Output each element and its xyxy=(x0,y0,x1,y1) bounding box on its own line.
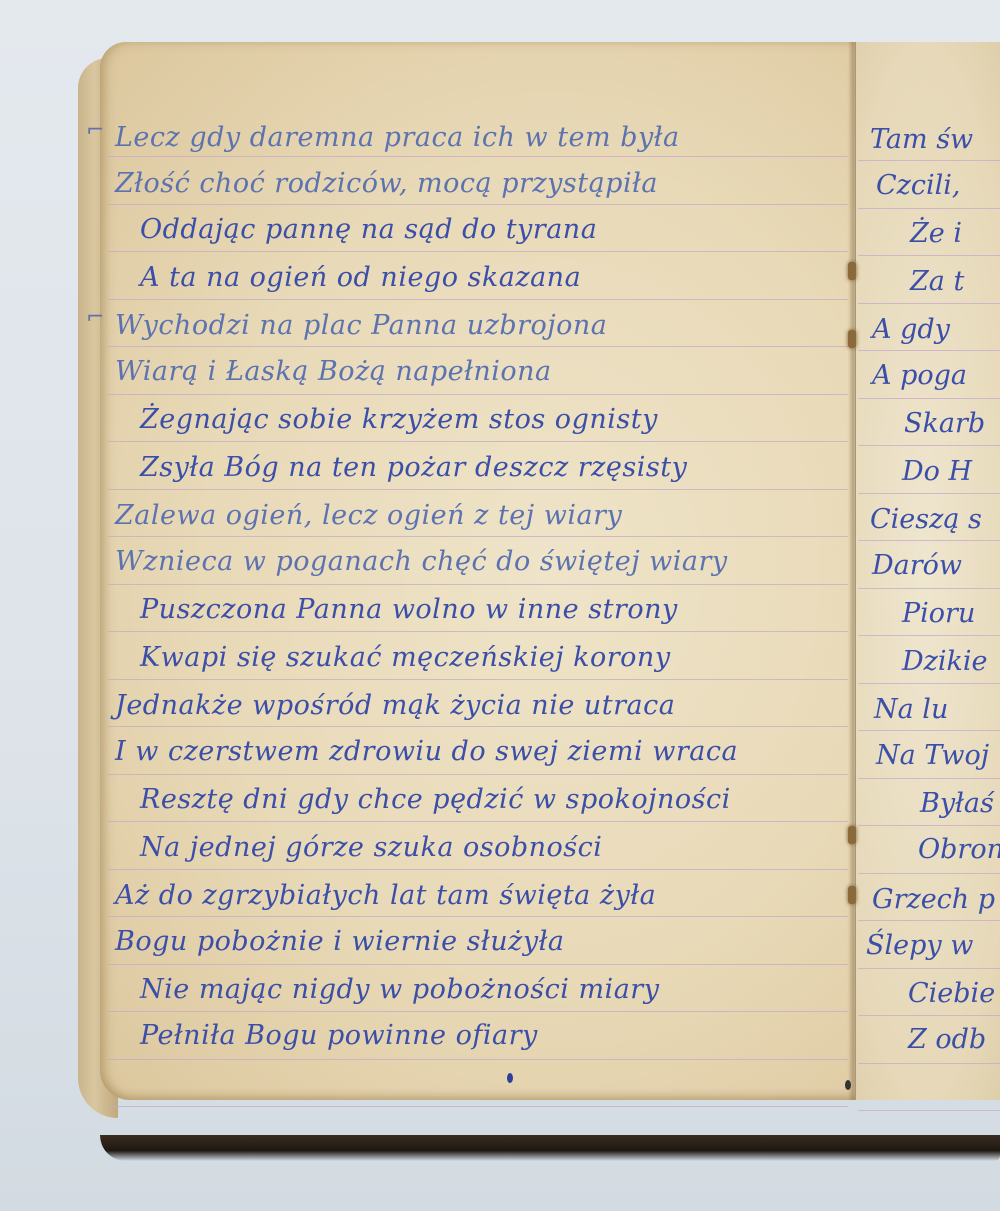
ruled-line xyxy=(858,303,1000,304)
text-line-fragment: Cieszą s xyxy=(870,504,982,535)
ruled-line xyxy=(108,869,848,870)
text-line: Żegnając sobie krzyżem stos ognisty xyxy=(140,404,658,435)
text-line: Wiarą i Łaską Bożą napełniona xyxy=(115,356,552,387)
ruled-line xyxy=(858,825,1000,826)
text-line: Oddając pannę na sąd do tyrana xyxy=(140,214,597,245)
text-line: Aż do zgrzybiałych lat tam święta żyła xyxy=(115,880,656,911)
ruled-line xyxy=(108,916,848,917)
ink-blot xyxy=(845,1080,851,1090)
ruled-line xyxy=(858,730,1000,731)
ruled-line xyxy=(858,160,1000,161)
text-line: Resztę dni gdy chce pędzić w spokojności xyxy=(140,784,731,815)
book-shadow xyxy=(100,1135,1000,1161)
text-line-fragment: Że i xyxy=(910,218,962,249)
ruled-line xyxy=(108,299,848,300)
text-line-fragment: Pioru xyxy=(902,598,975,629)
ruled-line xyxy=(858,255,1000,256)
text-line-fragment: Ślepy w xyxy=(866,930,973,961)
ruled-line xyxy=(858,635,1000,636)
ruled-line xyxy=(858,1110,1000,1111)
text-line: Kwapi się szukać męczeńskiej korony xyxy=(140,642,671,673)
ruled-line xyxy=(108,441,848,442)
ruled-line xyxy=(108,964,848,965)
text-line: Na jednej górze szuka osobności xyxy=(140,832,602,863)
text-line-fragment: Ciebie xyxy=(908,978,995,1009)
text-line-fragment: Czcili, xyxy=(876,170,961,201)
ruled-line xyxy=(858,540,1000,541)
ruled-line xyxy=(858,778,1000,779)
ruled-line xyxy=(858,920,1000,921)
text-line-fragment: Do H xyxy=(902,456,972,487)
ruled-line xyxy=(108,1106,848,1107)
margin-mark: ⌐ xyxy=(86,118,104,143)
margin-mark: ⌐ xyxy=(86,305,104,330)
ruled-line xyxy=(108,726,848,727)
text-line-fragment: Na Twoj xyxy=(876,740,989,771)
text-line: Puszczona Panna wolno w inne strony xyxy=(140,594,678,625)
ruled-line xyxy=(108,346,848,347)
staple xyxy=(848,330,856,348)
text-line: Złość choć rodziców, mocą przystąpiła xyxy=(115,168,658,199)
staple xyxy=(848,826,856,844)
text-line: Pełniła Bogu powinne ofiary xyxy=(140,1020,538,1051)
text-line: Bogu pobożnie i wiernie służyła xyxy=(115,926,565,957)
ruled-line xyxy=(858,1063,1000,1064)
text-line-fragment: Dzikie xyxy=(902,646,987,677)
text-line: A ta na ogień od niego skazana xyxy=(140,262,581,293)
text-line: I w czerstwem zdrowiu do swej ziemi wrac… xyxy=(115,736,738,767)
ruled-line xyxy=(858,445,1000,446)
ruled-line xyxy=(858,873,1000,874)
text-line-fragment: Na lu xyxy=(874,694,948,725)
text-line: Lecz gdy daremna praca ich w tem była xyxy=(115,122,680,153)
text-line-fragment: Skarb xyxy=(904,408,985,439)
text-line: Wznieca w poganach chęć do świętej wiary xyxy=(115,546,728,577)
ruled-line xyxy=(858,350,1000,351)
staple xyxy=(848,886,856,904)
ruled-line xyxy=(858,1015,1000,1016)
ruled-line xyxy=(108,156,848,157)
ruled-line xyxy=(858,588,1000,589)
ruled-line xyxy=(108,251,848,252)
ruled-line xyxy=(108,679,848,680)
text-line: Wychodzi na plac Panna uzbrojona xyxy=(115,310,607,341)
text-line-fragment: Tam św xyxy=(870,124,973,155)
text-line-fragment: A gdy xyxy=(872,314,950,345)
text-line-fragment: Darów xyxy=(872,550,962,581)
text-line: Jednakże wpośród mąk życia nie utraca xyxy=(115,690,675,721)
ruled-line xyxy=(108,821,848,822)
ruled-line xyxy=(108,394,848,395)
ruled-line xyxy=(108,536,848,537)
text-line-fragment: Za t xyxy=(910,266,964,297)
text-line-fragment: Grzech p xyxy=(872,884,995,915)
text-line: Zsyła Bóg na ten pożar deszcz rzęsisty xyxy=(140,452,687,483)
ink-blot xyxy=(507,1073,513,1083)
text-line-fragment: A poga xyxy=(872,360,967,391)
text-line: Nie mając nigdy w pobożności miary xyxy=(140,974,659,1005)
ruled-line xyxy=(858,683,1000,684)
ruled-line xyxy=(108,1059,848,1060)
ruled-line xyxy=(858,398,1000,399)
text-line-fragment: Z odb xyxy=(908,1024,986,1055)
ruled-line xyxy=(108,631,848,632)
text-line: Zalewa ogień, lecz ogień z tej wiary xyxy=(115,500,622,531)
ruled-line xyxy=(858,968,1000,969)
text-line-fragment: Obron xyxy=(918,834,1000,865)
ruled-line xyxy=(108,489,848,490)
ruled-line xyxy=(858,208,1000,209)
ruled-line xyxy=(108,774,848,775)
text-line-fragment: Byłaś xyxy=(920,788,994,819)
ruled-line xyxy=(108,204,848,205)
ruled-line xyxy=(858,493,1000,494)
ruled-line xyxy=(108,1011,848,1012)
staple xyxy=(848,262,856,280)
ruled-line xyxy=(108,584,848,585)
